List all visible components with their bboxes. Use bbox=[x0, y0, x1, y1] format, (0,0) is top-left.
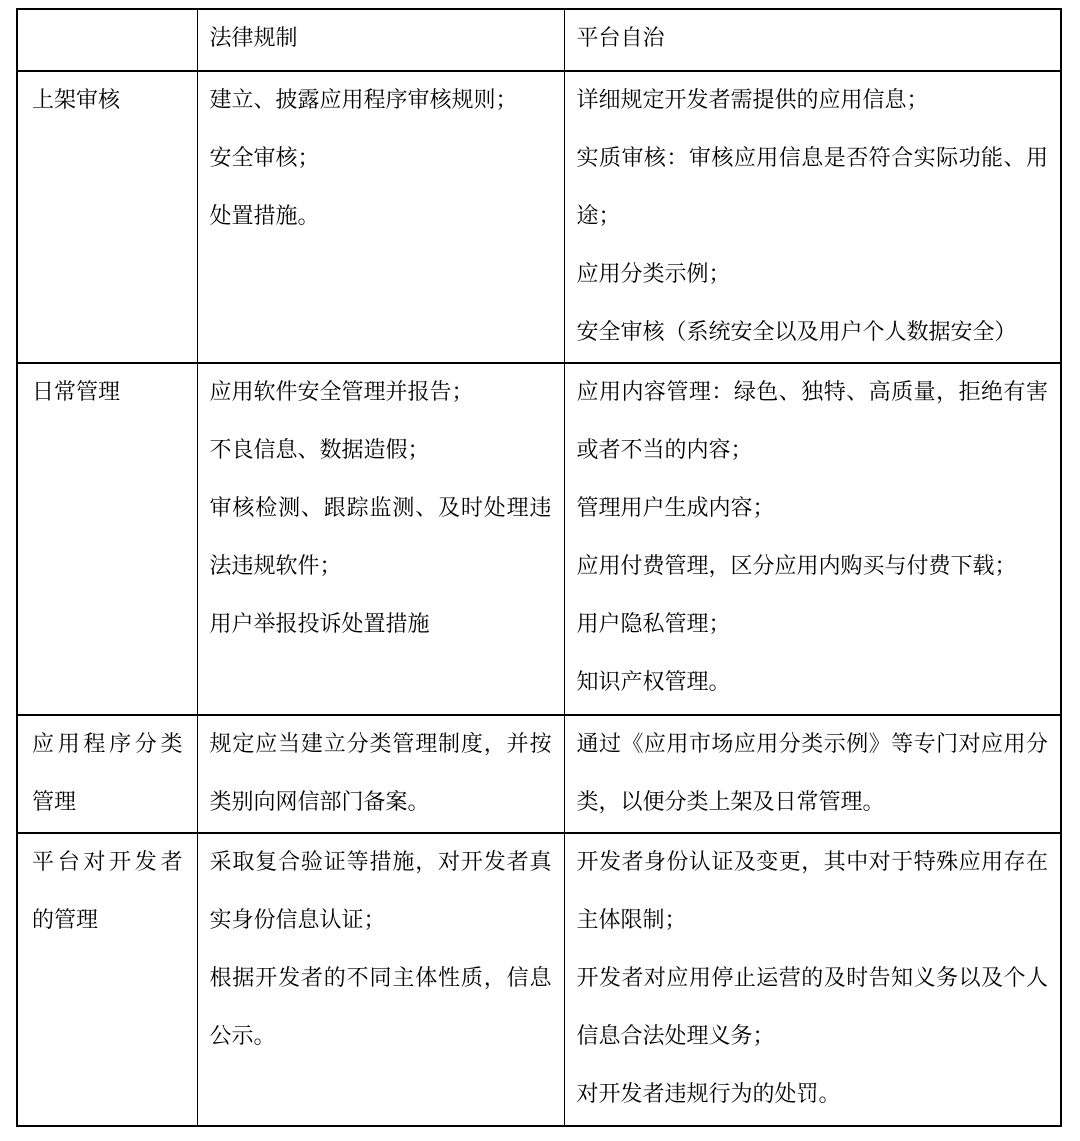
cell-paragraph: 根据开发者的不同主体性质，信息公示。 bbox=[210, 950, 552, 1066]
cell-paragraph: 通过《应用市场应用分类示例》等专门对应用分类，以便分类上架及日常管理。 bbox=[577, 716, 1049, 832]
cell-paragraph: 管理用户生成内容； bbox=[577, 480, 1049, 538]
header-row: 法律规制 平台自治 bbox=[17, 9, 1061, 71]
cell-paragraph: 不良信息、数据造假； bbox=[210, 422, 552, 480]
cell-paragraph: 用户隐私管理； bbox=[577, 596, 1049, 654]
cell-paragraph: 处置措施。 bbox=[210, 188, 552, 246]
document-page: 法律规制 平台自治 上架审核 建立、披露应用程序审核规则；安全审核；处置措施。 … bbox=[0, 0, 1080, 1141]
cell-paragraph: 用户举报投诉处置措施 bbox=[210, 596, 552, 654]
cell-paragraph: 实质审核：审核应用信息是否符合实际功能、用途； bbox=[577, 130, 1049, 246]
cell-paragraph: 规定应当建立分类管理制度，并按类别向网信部门备案。 bbox=[210, 716, 552, 832]
legal-regulation-cell: 采取复合验证等措施，对开发者真实身份信息认证；根据开发者的不同主体性质，信息公示… bbox=[197, 833, 564, 1126]
row-label: 上架审核 bbox=[17, 71, 197, 363]
cell-paragraph: 详细规定开发者需提供的应用信息； bbox=[577, 72, 1049, 130]
cell-paragraph: 建立、披露应用程序审核规则； bbox=[210, 72, 552, 130]
legal-regulation-cell: 规定应当建立分类管理制度，并按类别向网信部门备案。 bbox=[197, 715, 564, 833]
platform-autonomy-cell: 详细规定开发者需提供的应用信息；实质审核：审核应用信息是否符合实际功能、用途；应… bbox=[564, 71, 1061, 363]
table-row-daily-management: 日常管理 应用软件安全管理并报告；不良信息、数据造假；审核检测、跟踪监测、及时处… bbox=[17, 363, 1061, 715]
regulation-comparison-table: 法律规制 平台自治 上架审核 建立、披露应用程序审核规则；安全审核；处置措施。 … bbox=[16, 8, 1062, 1127]
cell-paragraph: 知识产权管理。 bbox=[577, 654, 1049, 712]
table-row-app-classification: 应用程序分类管理 规定应当建立分类管理制度，并按类别向网信部门备案。 通过《应用… bbox=[17, 715, 1061, 833]
platform-autonomy-cell: 应用内容管理：绿色、独特、高质量，拒绝有害或者不当的内容；管理用户生成内容；应用… bbox=[564, 363, 1061, 715]
legal-regulation-cell: 应用软件安全管理并报告；不良信息、数据造假；审核检测、跟踪监测、及时处理违法违规… bbox=[197, 363, 564, 715]
legal-regulation-cell: 建立、披露应用程序审核规则；安全审核；处置措施。 bbox=[197, 71, 564, 363]
row-label: 平台对开发者的管理 bbox=[17, 833, 197, 1126]
row-label: 应用程序分类管理 bbox=[17, 715, 197, 833]
cell-paragraph: 对开发者违规行为的处罚。 bbox=[577, 1066, 1049, 1124]
header-cell-platform-autonomy: 平台自治 bbox=[564, 9, 1061, 71]
header-cell-corner bbox=[17, 9, 197, 71]
row-label: 日常管理 bbox=[17, 363, 197, 715]
cell-paragraph: 应用软件安全管理并报告； bbox=[210, 364, 552, 422]
platform-autonomy-cell: 开发者身份认证及变更，其中对于特殊应用存在主体限制；开发者对应用停止运营的及时告… bbox=[564, 833, 1061, 1126]
cell-paragraph: 应用内容管理：绿色、独特、高质量，拒绝有害或者不当的内容； bbox=[577, 364, 1049, 480]
table-row-developer-management: 平台对开发者的管理 采取复合验证等措施，对开发者真实身份信息认证；根据开发者的不… bbox=[17, 833, 1061, 1126]
cell-paragraph: 应用分类示例； bbox=[577, 246, 1049, 304]
platform-autonomy-cell: 通过《应用市场应用分类示例》等专门对应用分类，以便分类上架及日常管理。 bbox=[564, 715, 1061, 833]
cell-paragraph: 开发者身份认证及变更，其中对于特殊应用存在主体限制； bbox=[577, 834, 1049, 950]
cell-paragraph: 应用付费管理，区分应用内购买与付费下载； bbox=[577, 538, 1049, 596]
cell-paragraph: 开发者对应用停止运营的及时告知义务以及个人信息合法处理义务； bbox=[577, 950, 1049, 1066]
cell-paragraph: 安全审核； bbox=[210, 130, 552, 188]
table-row-listing-review: 上架审核 建立、披露应用程序审核规则；安全审核；处置措施。 详细规定开发者需提供… bbox=[17, 71, 1061, 363]
cell-paragraph: 采取复合验证等措施，对开发者真实身份信息认证； bbox=[210, 834, 552, 950]
cell-paragraph: 审核检测、跟踪监测、及时处理违法违规软件； bbox=[210, 480, 552, 596]
cell-paragraph: 安全审核（系统安全以及用户个人数据安全） bbox=[577, 304, 1049, 362]
header-cell-legal-regulation: 法律规制 bbox=[197, 9, 564, 71]
